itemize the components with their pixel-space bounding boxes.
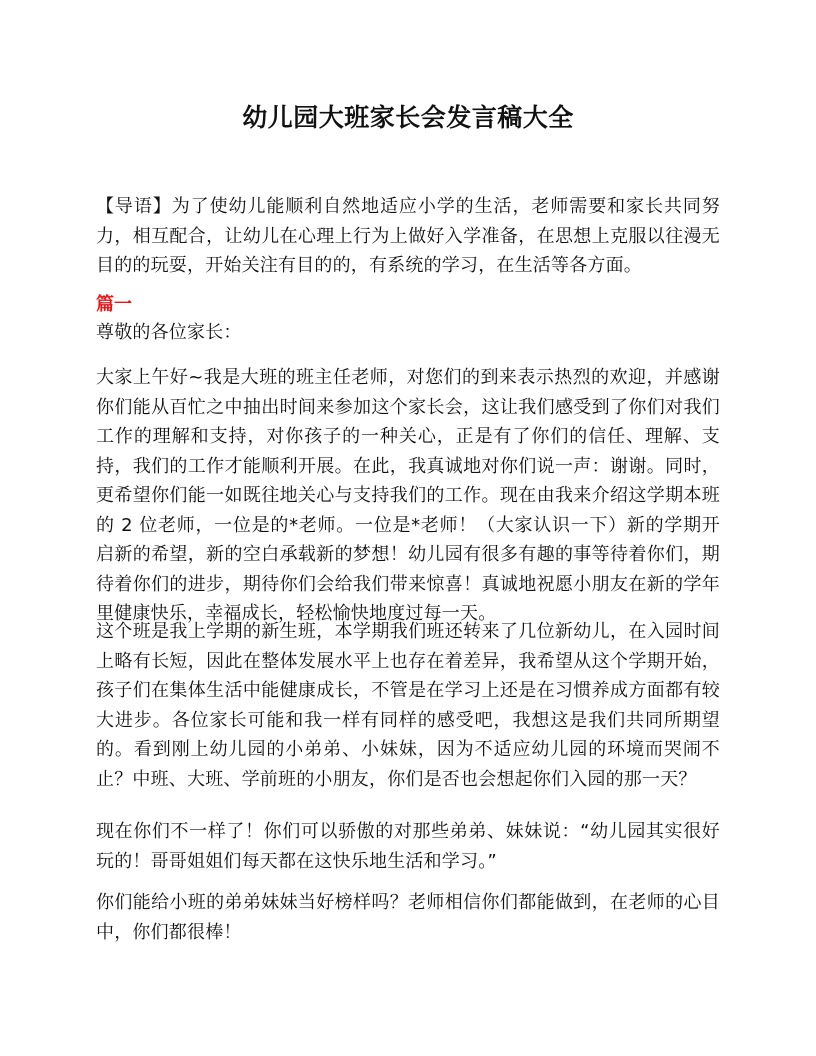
body-paragraph: 你们能给小班的弟弟妹妹当好榜样吗？老师相信你们都能做到，在老师的心目中，你们都很… [96,888,720,947]
salutation: 尊敬的各位家长： [96,318,242,348]
body-paragraph: 现在你们不一样了！你们可以骄傲的对那些弟弟、妹妹说：“幼儿园其实很好玩的！哥哥姐… [96,817,720,876]
intro-paragraph: 【导语】为了使幼儿能顺利自然地适应小学的生活，老师需要和家长共同努力，相互配合，… [96,192,720,281]
section-heading: 篇一 [96,292,132,318]
body-paragraph: 这个班是我上学期的新生班，本学期我们班还转来了几位新幼儿，在入园时间上略有长短，… [96,617,720,794]
body-paragraph: 大家上午好~我是大班的班主任老师，对您们的到来表示热烈的欢迎，并感谢你们能从百忙… [96,363,720,629]
document-title: 幼儿园大班家长会发言稿大全 [0,98,816,134]
